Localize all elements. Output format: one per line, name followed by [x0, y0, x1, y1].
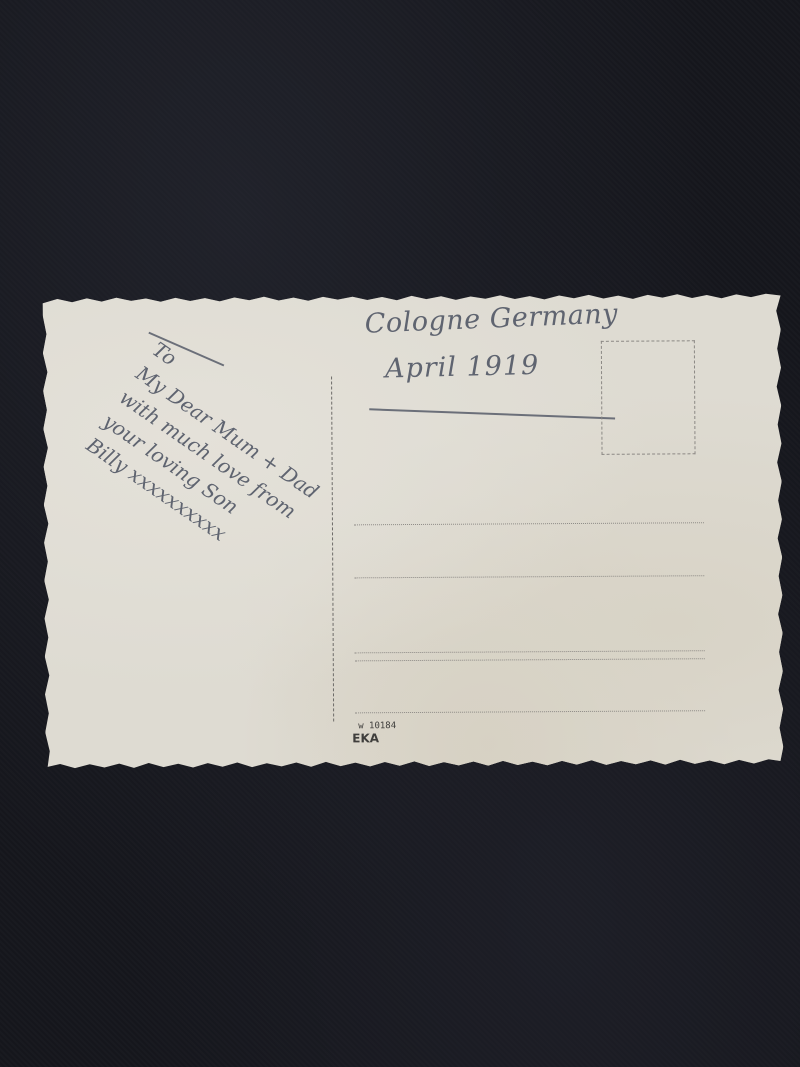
printer-brand: EKA	[352, 732, 396, 744]
address-line	[355, 710, 705, 713]
address-line	[355, 650, 705, 653]
address-line	[354, 522, 704, 525]
stamp-box	[601, 340, 696, 455]
handwritten-date: April 1919	[385, 350, 540, 385]
printer-mark: w 10184 EKA	[352, 720, 396, 744]
center-divider	[331, 376, 335, 721]
handwritten-underline	[369, 408, 615, 419]
address-line	[355, 658, 705, 661]
postcard: Cologne Germany April 1919 To My Dear Mu…	[43, 292, 784, 770]
handwritten-message: To My Dear Mum + Dad with much love from…	[80, 336, 340, 578]
address-line	[354, 575, 704, 578]
handwritten-place: Cologne Germany	[364, 298, 618, 339]
